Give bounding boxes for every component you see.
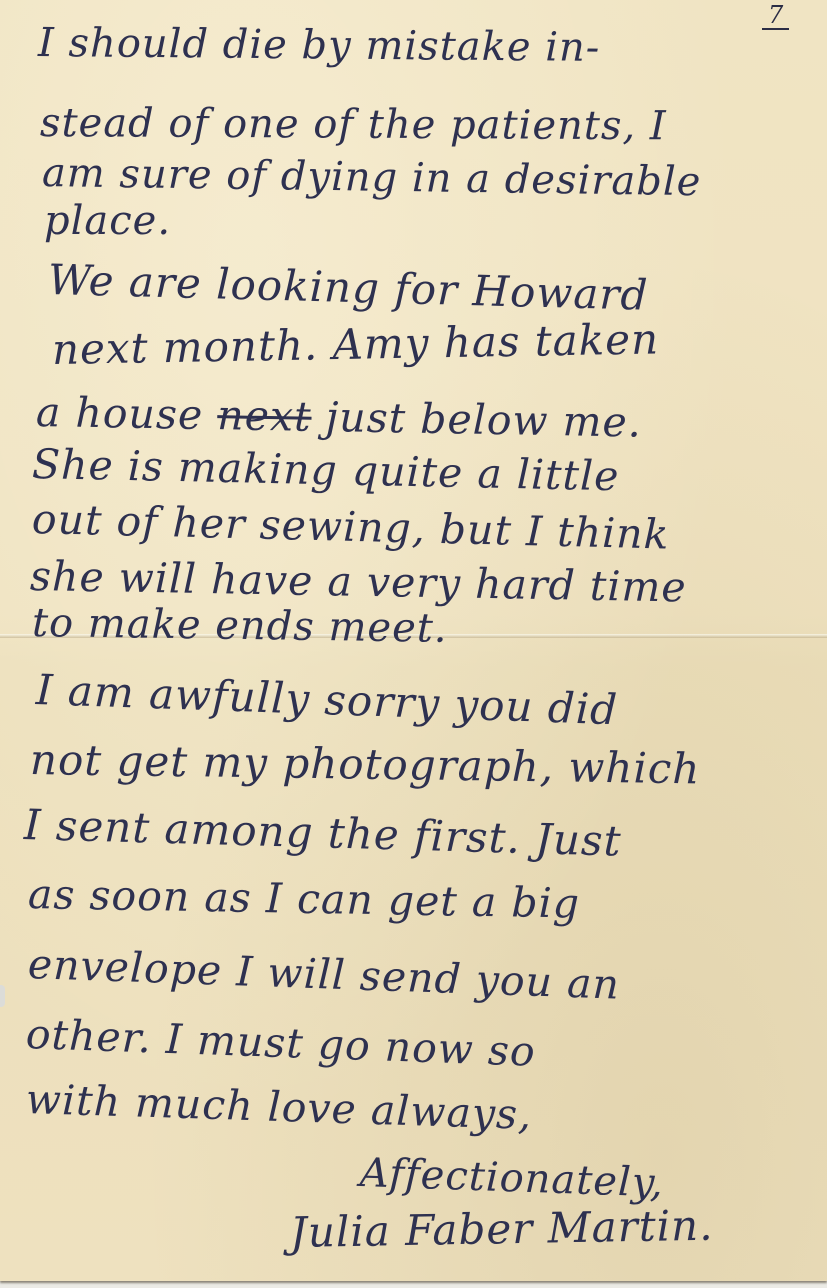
letter-page: 7 I should die by mistake in- stead of o… xyxy=(0,0,827,1281)
letter-line-11: to make ends meet. xyxy=(32,600,448,652)
letter-line-1: I should die by mistake in- xyxy=(38,20,601,71)
letter-line-15: as soon as I can get a big xyxy=(28,870,581,928)
letter-line-7-post: just below me. xyxy=(311,393,642,447)
letter-line-14: I sent among the first. Just xyxy=(23,800,622,866)
letter-line-6: next month. Amy has taken xyxy=(52,314,660,374)
letter-line-13: not get my photograph, which xyxy=(30,735,701,793)
letter-line-9: out of her sewing, but I think xyxy=(31,495,670,559)
letter-line-4: place. xyxy=(44,198,171,244)
letter-line-2: stead of one of the patients, I xyxy=(40,100,667,149)
paper-edge-notch xyxy=(0,985,5,1007)
signature: Julia Faber Martin. xyxy=(290,1201,714,1257)
letter-line-7-pre: a house xyxy=(36,388,218,439)
closing-salutation: Affectionately, xyxy=(359,1150,664,1207)
letter-line-18: with much love always, xyxy=(25,1075,533,1139)
page-number: 7 xyxy=(762,2,789,30)
letter-line-8: She is making quite a little xyxy=(31,440,619,500)
letter-line-16: envelope I will send you an xyxy=(27,940,621,1009)
struck-through-word: next xyxy=(217,391,312,441)
letter-line-7: a house next just below me. xyxy=(36,388,643,447)
letter-line-17: other. I must go now so xyxy=(25,1010,536,1076)
letter-line-12: I am awfully sorry you did xyxy=(35,665,619,734)
letter-line-3: am sure of dying in a desirable xyxy=(42,150,702,205)
letter-line-5: We are looking for Howard xyxy=(47,255,649,320)
